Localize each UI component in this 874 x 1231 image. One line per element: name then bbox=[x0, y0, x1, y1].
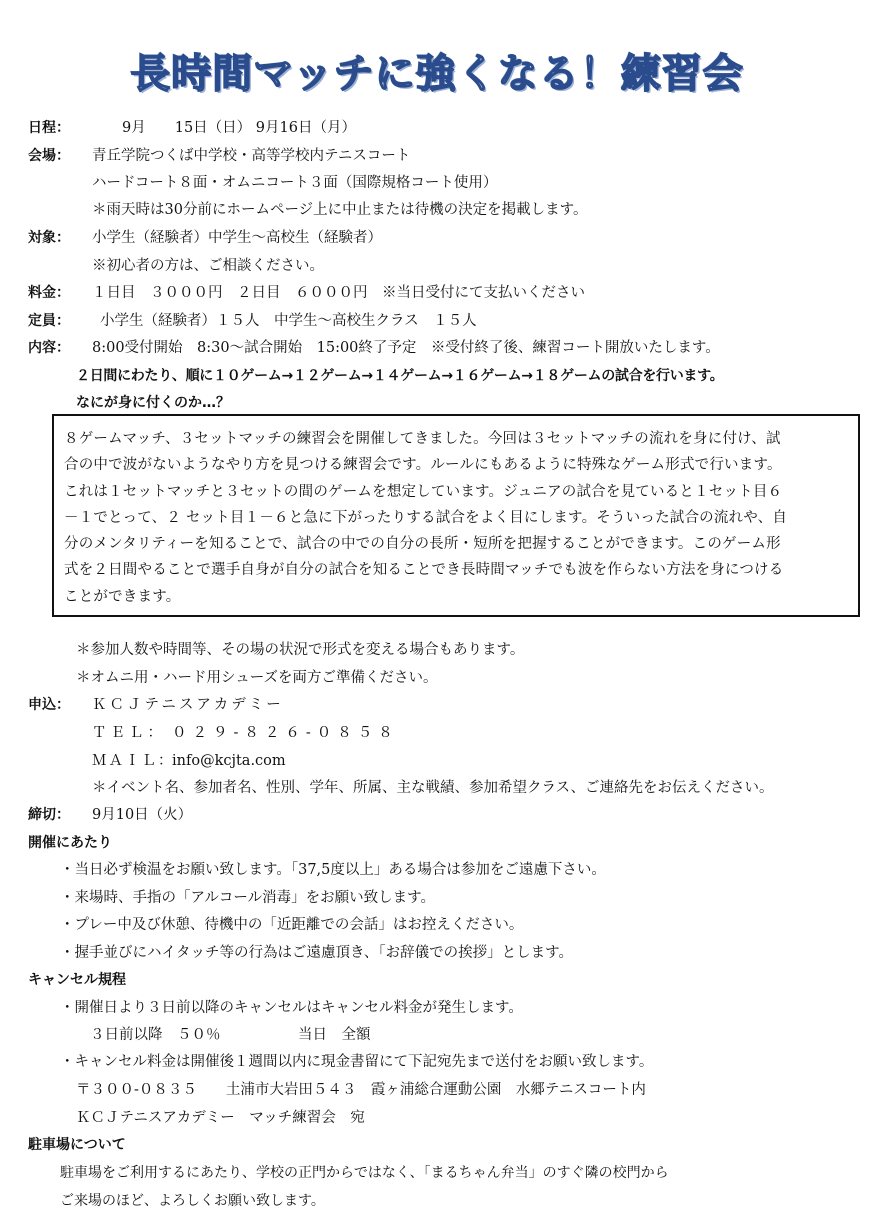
application-org: ＫＣＪテニスアカデミー bbox=[92, 695, 284, 715]
deadline-label: 締切： bbox=[28, 805, 70, 825]
note-line: ＊オムニ用・ハード用シューズを両方ご準備ください。 bbox=[76, 668, 437, 688]
parking-heading: 駐車場について bbox=[28, 1135, 126, 1155]
cancel-item: ・開催日より３日前以降のキャンセルはキャンセル料金が発生します。 bbox=[60, 998, 523, 1018]
description-box: ８ゲームマッチ、３セットマッチの練習会を開催してきました。今回は３セットマッチの… bbox=[52, 414, 860, 617]
conduct-item: ・来場時、手指の「アルコール消毒」をお願い致します。 bbox=[60, 888, 435, 908]
tel-label: ＴＥＬ： bbox=[92, 723, 166, 743]
description-line: これは１セットマッチと３セットの間のゲームを想定しています。ジュニアの試合を見て… bbox=[64, 479, 850, 505]
parking-line: ご来場のほど、よろしくお願い致します。 bbox=[60, 1191, 325, 1211]
description-line: －１でとって、２ セット目１－６と急に下がったりする試合をよく目にします。そうい… bbox=[64, 505, 850, 531]
description-line: 分のメンタリティーを知ることで、試合の中での自分の長所・短所を把握することができ… bbox=[64, 531, 850, 557]
capacity-label: 定員： bbox=[28, 311, 70, 331]
target-line: 小学生（経験者）中学生〜高校生（経験者） bbox=[92, 228, 382, 248]
content-highlight: ２日間にわたり、順に１０ゲーム→１２ゲーム→１４ゲーム→１６ゲーム→１８ゲームの… bbox=[76, 366, 723, 386]
schedule-label: 日程： bbox=[28, 118, 70, 138]
target-label: 対象： bbox=[28, 228, 70, 248]
parking-line: 駐車場をご利用するにあたり、学校の正門からではなく、「まるちゃん弁当」のすぐ隣の… bbox=[60, 1163, 669, 1183]
deadline-value: 9月10日（火） bbox=[92, 805, 192, 825]
cancel-address: 〒３００-０８３５ 土浦市大岩田５４３ 霞ヶ浦総合運動公園 水郷テニスコート内 bbox=[76, 1080, 646, 1100]
conduct-heading: 開催にあたり bbox=[28, 833, 112, 853]
conduct-item: ・当日必ず検温をお願い致します。「37,5度以上」ある場合は参加をご遠慮下さい。 bbox=[60, 860, 606, 880]
venue-line: 青丘学院つくば中学校・高等学校内テニスコート bbox=[92, 146, 410, 166]
cancel-rate-sameday: 当日 全額 bbox=[298, 1025, 371, 1045]
mail-label: ＭＡＩＬ： bbox=[92, 751, 175, 771]
cancel-heading: キャンセル規程 bbox=[28, 970, 126, 990]
schedule-value: 9月 15日（日） 9月16日（月） bbox=[122, 118, 356, 138]
content-label: 内容： bbox=[28, 338, 70, 358]
fee-label: 料金： bbox=[28, 283, 70, 303]
mail-link[interactable]: info@kcjta.com bbox=[172, 751, 286, 771]
page-title: 長時間マッチに強くなる！練習会 bbox=[0, 42, 874, 99]
application-note: ＊イベント名、参加者名、性別、学年、所属、主な戦績、参加希望クラス、ご連絡先をお… bbox=[92, 778, 774, 798]
content-value: 8:00受付開始 8:30〜試合開始 15:00終了予定 ※受付終了後、練習コー… bbox=[92, 338, 720, 358]
application-label: 申込： bbox=[28, 695, 70, 715]
cancel-item: ・キャンセル料金は開催後１週間以内に現金書留にて下記宛先まで送付をお願い致します… bbox=[60, 1052, 653, 1072]
conduct-item: ・握手並びにハイタッチ等の行為はご遠慮頂き、「お辞儀での挨拶」とします。 bbox=[60, 943, 573, 963]
description-line: 式を２日間やることで選手自身が自分の試合を知ることでき長時間マッチでも波を作らな… bbox=[64, 557, 850, 583]
cancel-recipient: ＫＣＪテニスアカデミー マッチ練習会 宛 bbox=[76, 1108, 365, 1128]
tel-value[interactable]: ０２９-８２６-０８５８ bbox=[172, 723, 399, 743]
venue-line: ＊雨天時は30分前にホームページ上に中止または待機の決定を掲載します。 bbox=[92, 200, 588, 220]
target-line: ※初心者の方は、ご相談ください。 bbox=[92, 256, 324, 276]
description-line: 合の中で波がないようなやり方を見つける練習会です。ルールにもあるように特殊なゲー… bbox=[64, 452, 850, 478]
capacity-value: 小学生（経験者）１５人 中学生〜高校生クラス １５人 bbox=[100, 311, 477, 331]
note-line: ＊参加人数や時間等、その場の状況で形式を変える場合もあります。 bbox=[76, 640, 524, 660]
venue-line: ハードコート８面・オムニコート３面（国際規格コート使用） bbox=[92, 173, 497, 193]
fee-value: １日目 ３０００円 ２日目 ６０００円 ※当日受付にて支払いください bbox=[92, 283, 585, 303]
description-line: ことができます。 bbox=[64, 584, 850, 610]
conduct-item: ・プレー中及び休憩、待機中の「近距離での会話」はお控えください。 bbox=[60, 915, 523, 935]
cancel-rate-3days: ３日前以降 ５０％ bbox=[90, 1025, 221, 1045]
venue-label: 会場： bbox=[28, 146, 70, 166]
description-line: ８ゲームマッチ、３セットマッチの練習会を開催してきました。今回は３セットマッチの… bbox=[64, 426, 850, 452]
content-question: なにが身に付くのか…？ bbox=[76, 393, 230, 413]
